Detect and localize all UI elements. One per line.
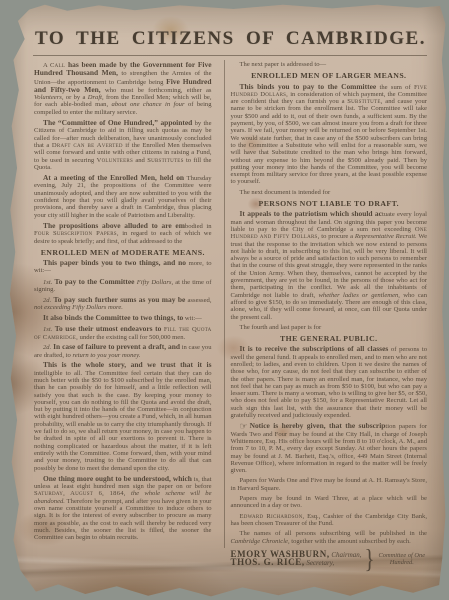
document-title: TO THE CITIZENS OF CAMBRIDGE.	[30, 28, 431, 50]
paragraph: Papers may be found in Ward Three, at a …	[231, 495, 428, 510]
photo-background: TO THE CITIZENS OF CAMBRIDGE. A Call has…	[0, 0, 449, 600]
list-item: 1st. To use their utmost endeavors to Fi…	[34, 325, 212, 341]
paragraph: This paper binds you to two things, and …	[34, 259, 212, 275]
notice-paragraph: ☞Notice is hereby given, that the subscr…	[231, 422, 428, 474]
signature-row-secretary: THOS. G. RICE, Secretary,	[231, 559, 362, 567]
paragraph: The names of all persons subscribing wil…	[231, 530, 428, 545]
chairman-role: Chairman,	[331, 551, 361, 559]
section-heading-general-public: THE GENERAL PUBLIC.	[231, 335, 428, 342]
broadside-paper: TO THE CITIZENS OF CAMBRIDGE. A Call has…	[0, 0, 449, 600]
section-heading-moderate-means: ENROLLED MEN of MODERATE MEANS.	[34, 249, 212, 256]
secretary-role: Secretary,	[306, 559, 334, 567]
paragraph: This is the whole story, and we trust th…	[34, 361, 212, 471]
paragraph: The “Committee of One Hundred,” appointe…	[34, 119, 212, 171]
paragraph: It also binds the Committee to two thing…	[34, 314, 212, 322]
paragraph: It appeals to the patriotism which shoul…	[231, 210, 428, 320]
list-item: 2d. To pay such further sums as you may …	[34, 296, 212, 312]
list-item: 2d. In case of failure to prevent a draf…	[34, 343, 212, 359]
section-heading-larger-means: ENROLLED MEN OF LARGER MEANS.	[231, 72, 428, 79]
paragraph: A Call has been made by the Government f…	[34, 61, 212, 116]
paragraph: The propositions above alluded to are em…	[34, 222, 212, 245]
paragraph: It is to receive the subscriptions of al…	[231, 345, 428, 419]
brace-glyph: }	[362, 546, 377, 572]
secretary-name: THOS. G. RICE,	[231, 557, 305, 567]
right-column: The next paper is addressed to— ENROLLED…	[222, 61, 428, 570]
left-column: A Call has been made by the Government f…	[34, 61, 222, 570]
paragraph: Edward Richardson, Esq., Cashier of the …	[231, 513, 428, 528]
paragraph: The next paper is addressed to—	[231, 61, 428, 68]
section-heading-not-liable: PERSONS NOT LIABLE TO DRAFT.	[231, 200, 428, 207]
paragraph: One thing more ought to be understood, w…	[34, 475, 212, 542]
paragraph: This binds you to pay to the Committee t…	[231, 83, 428, 186]
text-columns: A Call has been made by the Government f…	[34, 61, 427, 570]
paragraph: Papers for Wards One and Five may be fou…	[231, 477, 428, 492]
signature-affiliation: Committee of One Hundred.	[377, 552, 427, 567]
title-divider	[33, 55, 427, 56]
paragraph: At a meeting of the Enrolled Men, held o…	[34, 174, 212, 219]
list-item: 1st. To pay to the Committee Fifty Dolla…	[34, 278, 212, 294]
signature-block: EMORY WASHBURN, Chairman, THOS. G. RICE,…	[231, 549, 428, 570]
paragraph: The fourth and last paper is for	[231, 324, 428, 331]
paragraph: The next document is intended for	[231, 189, 428, 196]
notice-text: Notice is hereby given, that the subscri…	[231, 423, 428, 474]
signature-names: EMORY WASHBURN, Chairman, THOS. G. RICE,…	[231, 551, 362, 568]
